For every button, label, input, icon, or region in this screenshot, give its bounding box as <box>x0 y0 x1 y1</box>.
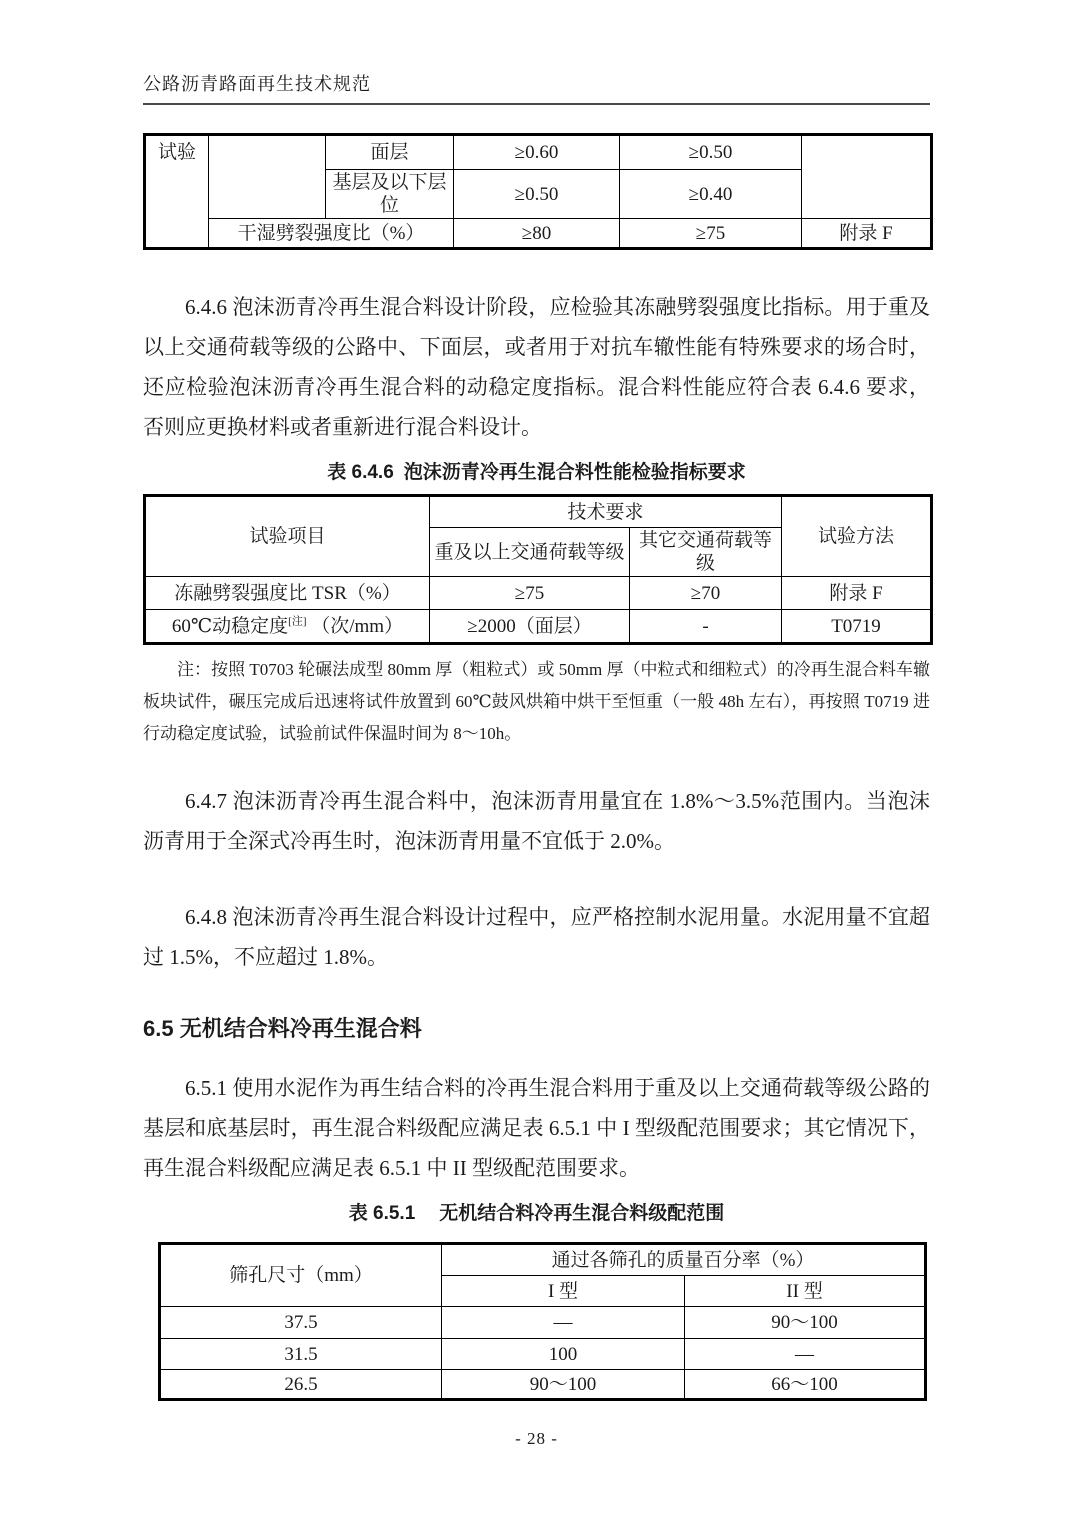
cell-empty-group <box>209 135 326 219</box>
cell-dry-wet-method: 附录 F <box>802 219 932 249</box>
cell-dynamic-stability-other-value: - <box>630 610 782 644</box>
cell-tsr-method: 附录 F <box>782 577 932 610</box>
cell-test-label: 试验 <box>145 135 209 249</box>
strength-continuation-table: 试验 面层 ≥0.60 ≥0.50 基层及以下层位 ≥0.50 ≥0.40 干湿… <box>143 133 933 250</box>
running-header: 公路沥青路面再生技术规范 <box>143 0 930 105</box>
header-test-method: 试验方法 <box>782 496 932 577</box>
dynamic-stability-unit: （次/mm） <box>311 616 403 637</box>
header-passing-percent: 通过各筛孔的质量百分率（%） <box>442 1244 926 1276</box>
cell-type2-value: — <box>685 1339 926 1370</box>
cell-tsr-heavy-value: ≥75 <box>430 577 630 610</box>
table-row: 26.5 90～100 66～100 <box>160 1370 926 1400</box>
table-6-4-6-caption: 表 6.4.6泡沫沥青冷再生混合料性能检验指标要求 <box>143 459 930 487</box>
cell-dynamic-stability-heavy-value: ≥2000（面层） <box>430 610 630 644</box>
cell-type2-value: 66～100 <box>685 1370 926 1400</box>
clause-6-4-8: 6.4.8 泡沫沥青冷再生混合料设计过程中，应严格控制水泥用量。水泥用量不宜超过… <box>143 897 930 977</box>
cell-base-other-value: ≥0.40 <box>620 170 802 219</box>
cell-type2-value: 90～100 <box>685 1307 926 1339</box>
note-reference-superscript: [注] <box>288 615 306 627</box>
cell-tsr-label: 冻融劈裂强度比 TSR（%） <box>145 577 430 610</box>
cell-surface-layer: 面层 <box>326 135 454 170</box>
table-row: 干湿劈裂强度比（%） ≥80 ≥75 附录 F <box>145 219 932 249</box>
page-number: - 28 - <box>143 1429 930 1449</box>
header-type-2: II 型 <box>685 1276 926 1307</box>
cell-surface-heavy-value: ≥0.60 <box>454 135 620 170</box>
table-6-4-6-note: 注：按照 T0703 轮碾法成型 80mm 厚（粗粒式）或 50mm 厚（中粒式… <box>143 654 930 750</box>
table-caption-title: 泡沫沥青冷再生混合料性能检验指标要求 <box>404 462 746 483</box>
clause-6-5-1: 6.5.1 使用水泥作为再生结合料的冷再生混合料用于重及以上交通荷载等级公路的基… <box>143 1068 930 1188</box>
cell-tsr-other-value: ≥70 <box>630 577 782 610</box>
cell-surface-other-value: ≥0.50 <box>620 135 802 170</box>
performance-table-6-4-6: 试验项目 技术要求 试验方法 重及以上交通荷载等级 其它交通荷载等级 冻融劈裂强… <box>143 494 933 645</box>
cell-sieve-value: 31.5 <box>160 1339 442 1370</box>
cell-sieve-value: 37.5 <box>160 1307 442 1339</box>
clause-6-4-6: 6.4.6 泡沫沥青冷再生混合料设计阶段，应检验其冻融劈裂强度比指标。用于重及以… <box>143 287 930 447</box>
cell-method-empty <box>802 135 932 219</box>
cell-type1-value: 90～100 <box>442 1370 685 1400</box>
table-6-5-1-caption: 表 6.5.1无机结合料冷再生混合料级配范围 <box>143 1200 930 1228</box>
cell-dynamic-stability-label: 60℃动稳定度[注] （次/mm） <box>145 610 430 644</box>
header-test-item: 试验项目 <box>145 496 430 577</box>
section-heading-6-5: 6.5 无机结合料冷再生混合料 <box>143 1014 930 1044</box>
table-header-row: 试验项目 技术要求 试验方法 <box>145 496 932 528</box>
table-row: 31.5 100 — <box>160 1339 926 1370</box>
cell-dry-wet-other-value: ≥75 <box>620 219 802 249</box>
table-row: 试验 面层 ≥0.60 ≥0.50 <box>145 135 932 170</box>
header-technical-requirement: 技术要求 <box>430 496 782 528</box>
header-other-traffic: 其它交通荷载等级 <box>630 528 782 577</box>
table-caption-title: 无机结合料冷再生混合料级配范围 <box>439 1203 724 1224</box>
table-row: 60℃动稳定度[注] （次/mm） ≥2000（面层） - T0719 <box>145 610 932 644</box>
cell-base-layer: 基层及以下层位 <box>326 170 454 219</box>
table-header-row: 筛孔尺寸（mm） 通过各筛孔的质量百分率（%） <box>160 1244 926 1276</box>
document-title: 公路沥青路面再生技术规范 <box>143 74 371 94</box>
table-caption-number: 表 6.4.6 <box>327 462 394 483</box>
cell-type1-value: — <box>442 1307 685 1339</box>
table-row: 37.5 — 90～100 <box>160 1307 926 1339</box>
document-page: 公路沥青路面再生技术规范 试验 面层 ≥0.60 ≥0.50 基层及以下层位 ≥… <box>0 0 1074 1520</box>
cell-dynamic-stability-method: T0719 <box>782 610 932 644</box>
clause-6-4-7: 6.4.7 泡沫沥青冷再生混合料中，泡沫沥青用量宜在 1.8%～3.5%范围内。… <box>143 781 930 861</box>
header-sieve-size: 筛孔尺寸（mm） <box>160 1244 442 1307</box>
table-row: 冻融劈裂强度比 TSR（%） ≥75 ≥70 附录 F <box>145 577 932 610</box>
cell-type1-value: 100 <box>442 1339 685 1370</box>
dynamic-stability-text: 60℃动稳定度 <box>172 616 288 637</box>
header-type-1: I 型 <box>442 1276 685 1307</box>
cell-sieve-value: 26.5 <box>160 1370 442 1400</box>
table-caption-number: 表 6.5.1 <box>349 1203 416 1224</box>
cell-dry-wet-heavy-value: ≥80 <box>454 219 620 249</box>
cell-base-heavy-value: ≥0.50 <box>454 170 620 219</box>
cell-dry-wet-ratio-label: 干湿劈裂强度比（%） <box>209 219 454 249</box>
gradation-table-6-5-1: 筛孔尺寸（mm） 通过各筛孔的质量百分率（%） I 型 II 型 37.5 — … <box>158 1242 927 1401</box>
header-heavy-traffic: 重及以上交通荷载等级 <box>430 528 630 577</box>
